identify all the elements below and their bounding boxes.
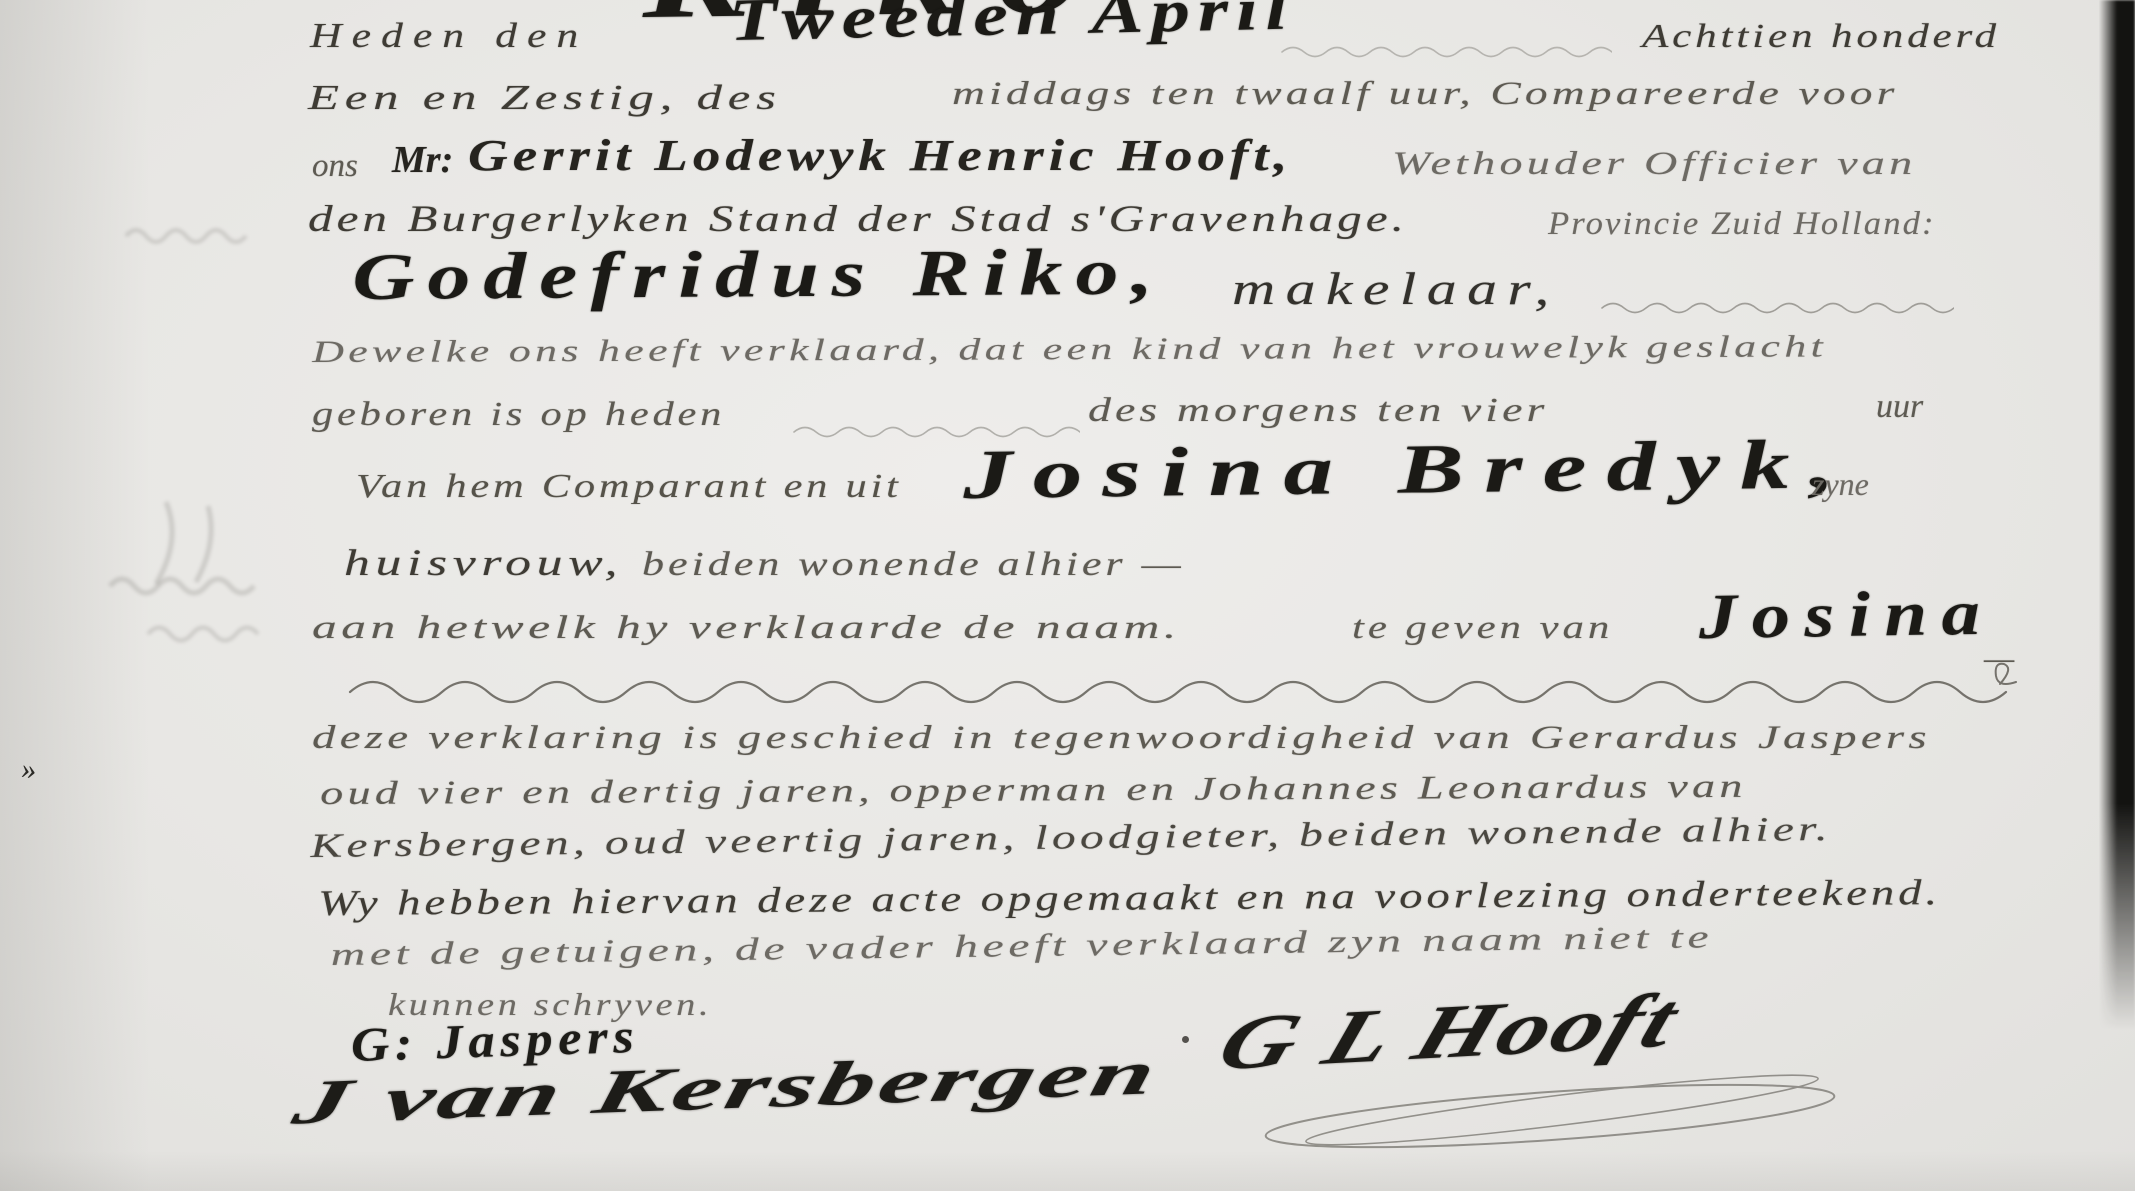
act-line9-wonende: beiden wonende alhier — bbox=[642, 546, 1185, 584]
act-line8-of-comparant: Van hem Comparant en uit bbox=[356, 468, 902, 506]
signature-officer-hooft: G L Hooft bbox=[1207, 976, 1691, 1088]
act-line1-year-prefix: Achttien honderd bbox=[1642, 18, 2000, 56]
bleedthrough-mark bbox=[146, 614, 276, 648]
act-line8-zyne: zyne bbox=[1812, 466, 1869, 503]
ink-squiggle bbox=[1600, 296, 1954, 318]
witness-line3: Kersbergen, oud veertig jaren, loodgiete… bbox=[310, 811, 1832, 866]
act-line3-mr: Mr: bbox=[392, 138, 453, 182]
ink-dot bbox=[1182, 1036, 1189, 1043]
mother-name: Josina Bredyk, bbox=[962, 425, 1855, 516]
act-line7-uur: uur bbox=[1876, 388, 1923, 426]
birth-record-page: Riko Heden den Tweeden April Achttien ho… bbox=[0, 0, 2135, 1191]
bleedthrough-mark bbox=[124, 218, 274, 250]
bleedthrough-mark bbox=[108, 562, 288, 604]
act-line7-hour: des morgens ten vier bbox=[1088, 392, 1548, 430]
act-line4-registry: den Burgerlyken Stand der Stad s'Gravenh… bbox=[308, 198, 1408, 241]
declarant-name: Godefridus Riko, bbox=[352, 235, 1166, 316]
act-line3-officer-name: Gerrit Lodewyk Henric Hooft, bbox=[468, 130, 1292, 181]
declarant-occupation: makelaar, bbox=[1232, 262, 1560, 315]
closing-line1: Wy hebben hiervan deze acte opgemaakt en… bbox=[318, 871, 1941, 924]
act-line1-heden-den: Heden den bbox=[310, 16, 588, 56]
act-line2-time: middags ten twaalf uur, Compareerde voor bbox=[952, 76, 1899, 113]
act-line1-date: Tweeden April bbox=[728, 0, 1296, 55]
page-right-edge bbox=[2099, 0, 2135, 1030]
signature-flourish bbox=[1250, 1074, 1840, 1160]
act-line9-huisvrouw: huisvrouw, bbox=[344, 542, 623, 585]
child-name: Josina bbox=[1698, 576, 1995, 654]
act-line10-name-clause: aan hetwelk hy verklaarde de naam. bbox=[312, 610, 1181, 647]
act-line3-officer-title: Wethouder Officier van bbox=[1392, 146, 1916, 183]
act-line3-ons: ons bbox=[312, 148, 358, 185]
act-line7-born: geboren is op heden bbox=[312, 396, 725, 434]
closing-line2: met de getuigen, de vader heeft verklaar… bbox=[330, 918, 1714, 973]
ink-squiggle-row bbox=[348, 662, 2028, 714]
act-line10-te-geven: te geven van bbox=[1352, 610, 1613, 647]
act-line2-year-suffix: Een en Zestig, des bbox=[308, 78, 782, 118]
witness-line1: deze verklaring is geschied in tegenwoor… bbox=[312, 720, 1931, 757]
witness-line2: oud vier en dertig jaren, opperman en Jo… bbox=[320, 769, 1747, 813]
act-line6-declaration: Dewelke ons heeft verklaard, dat een kin… bbox=[312, 328, 1827, 370]
act-line4-province: Provincie Zuid Holland: bbox=[1548, 206, 1936, 243]
ink-squiggle bbox=[1280, 40, 1612, 62]
